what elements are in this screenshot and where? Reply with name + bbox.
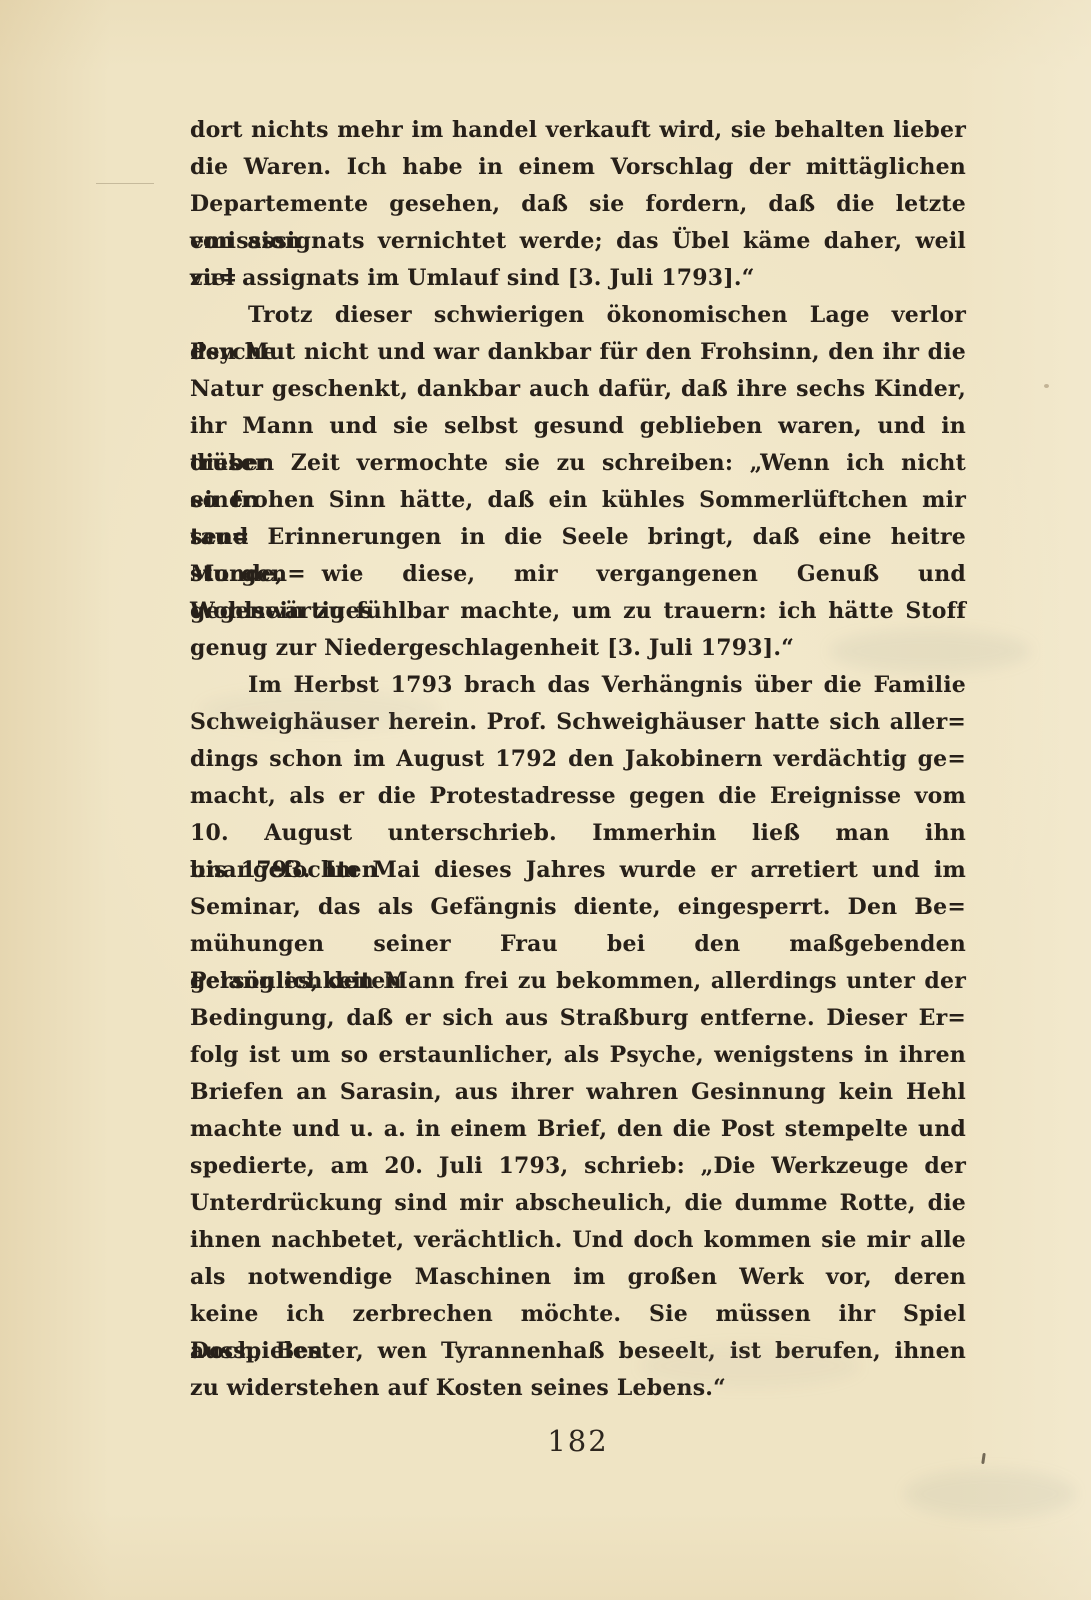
paragraph: Im Herbst 1793 brach das Verhängnis über… [190,667,966,1407]
text-line: Wohlsein zu fühlbar machte, um zu trauer… [190,593,966,630]
paragraph: dort nichts mehr im handel verkauft wird… [190,112,966,297]
text-line: mühungen seiner Frau bei den maßgebenden… [190,926,966,963]
text-line: Bedingung, daß er sich aus Straßburg ent… [190,1000,966,1037]
text-line: macht, als er die Protestadresse gegen d… [190,778,966,815]
text-line: so frohen Sinn hätte, daß ein kühles Som… [190,482,966,519]
book-page: dort nichts mehr im handel verkauft wird… [0,0,1091,1600]
text-line: spedierte, am 20. Juli 1793, schrieb: „D… [190,1148,966,1185]
text-line: ihr Mann und sie selbst gesund geblieben… [190,408,966,445]
text-line: Unterdrückung sind mir abscheulich, die … [190,1185,966,1222]
paper-scratch [96,183,154,184]
text-line: folg ist um so erstaunlicher, als Psyche… [190,1037,966,1074]
text-line: Departemente gesehen, daß sie fordern, d… [190,186,966,223]
text-line: machte und u. a. in einem Brief, den die… [190,1111,966,1148]
text-line: bis 1793. Im Mai dieses Jahres wurde er … [190,852,966,889]
text-line: keine ich zerbrechen möchte. Sie müssen … [190,1296,966,1333]
text-line: Schweighäuser herein. Prof. Schweighäuse… [190,704,966,741]
text-line: dort nichts mehr im handel verkauft wird… [190,112,966,149]
page-number: 182 [190,1424,966,1458]
text-line: Briefen an Sarasin, aus ihrer wahren Ges… [190,1074,966,1111]
text-line: von assignats vernichtet werde; das Übel… [190,223,966,260]
text-line: Im Herbst 1793 brach das Verhängnis über… [190,667,966,704]
text-line: genug zur Niedergeschlagenheit [3. Juli … [190,630,966,667]
paper-stain [905,1470,1075,1518]
text-line: Doch, Bester, wen Tyrannenhaß beseelt, i… [190,1333,966,1370]
paragraph: Trotz dieser schwierigen ökonomischen La… [190,297,966,667]
text-line: viel assignats im Umlauf sind [3. Juli 1… [190,260,966,297]
text-line: stunde, wie diese, mir vergangenen Genuß… [190,556,966,593]
text-line: den Mut nicht und war dankbar für den Fr… [190,334,966,371]
text-line: zu widerstehen auf Kosten seines Lebens.… [190,1370,966,1407]
text-line: als notwendige Maschinen im großen Werk … [190,1259,966,1296]
text-line: Seminar, das als Gefängnis diente, einge… [190,889,966,926]
text-line: send Erinnerungen in die Seele bringt, d… [190,519,966,556]
page-text-block: dort nichts mehr im handel verkauft wird… [190,112,966,1407]
text-line: Natur geschenkt, dankbar auch dafür, daß… [190,371,966,408]
text-line: trüben Zeit vermochte sie zu schreiben: … [190,445,966,482]
text-line: ihnen nachbetet, verächtlich. Und doch k… [190,1222,966,1259]
text-line: Trotz dieser schwierigen ökonomischen La… [190,297,966,334]
ink-speck [981,1453,986,1464]
text-line: die Waren. Ich habe in einem Vorschlag d… [190,149,966,186]
text-line: dings schon im August 1792 den Jakobiner… [190,741,966,778]
text-line: 10. August unterschrieb. Immerhin ließ m… [190,815,966,852]
paper-dot [1044,384,1049,388]
text-line: gelang es, den Mann frei zu bekommen, al… [190,963,966,1000]
